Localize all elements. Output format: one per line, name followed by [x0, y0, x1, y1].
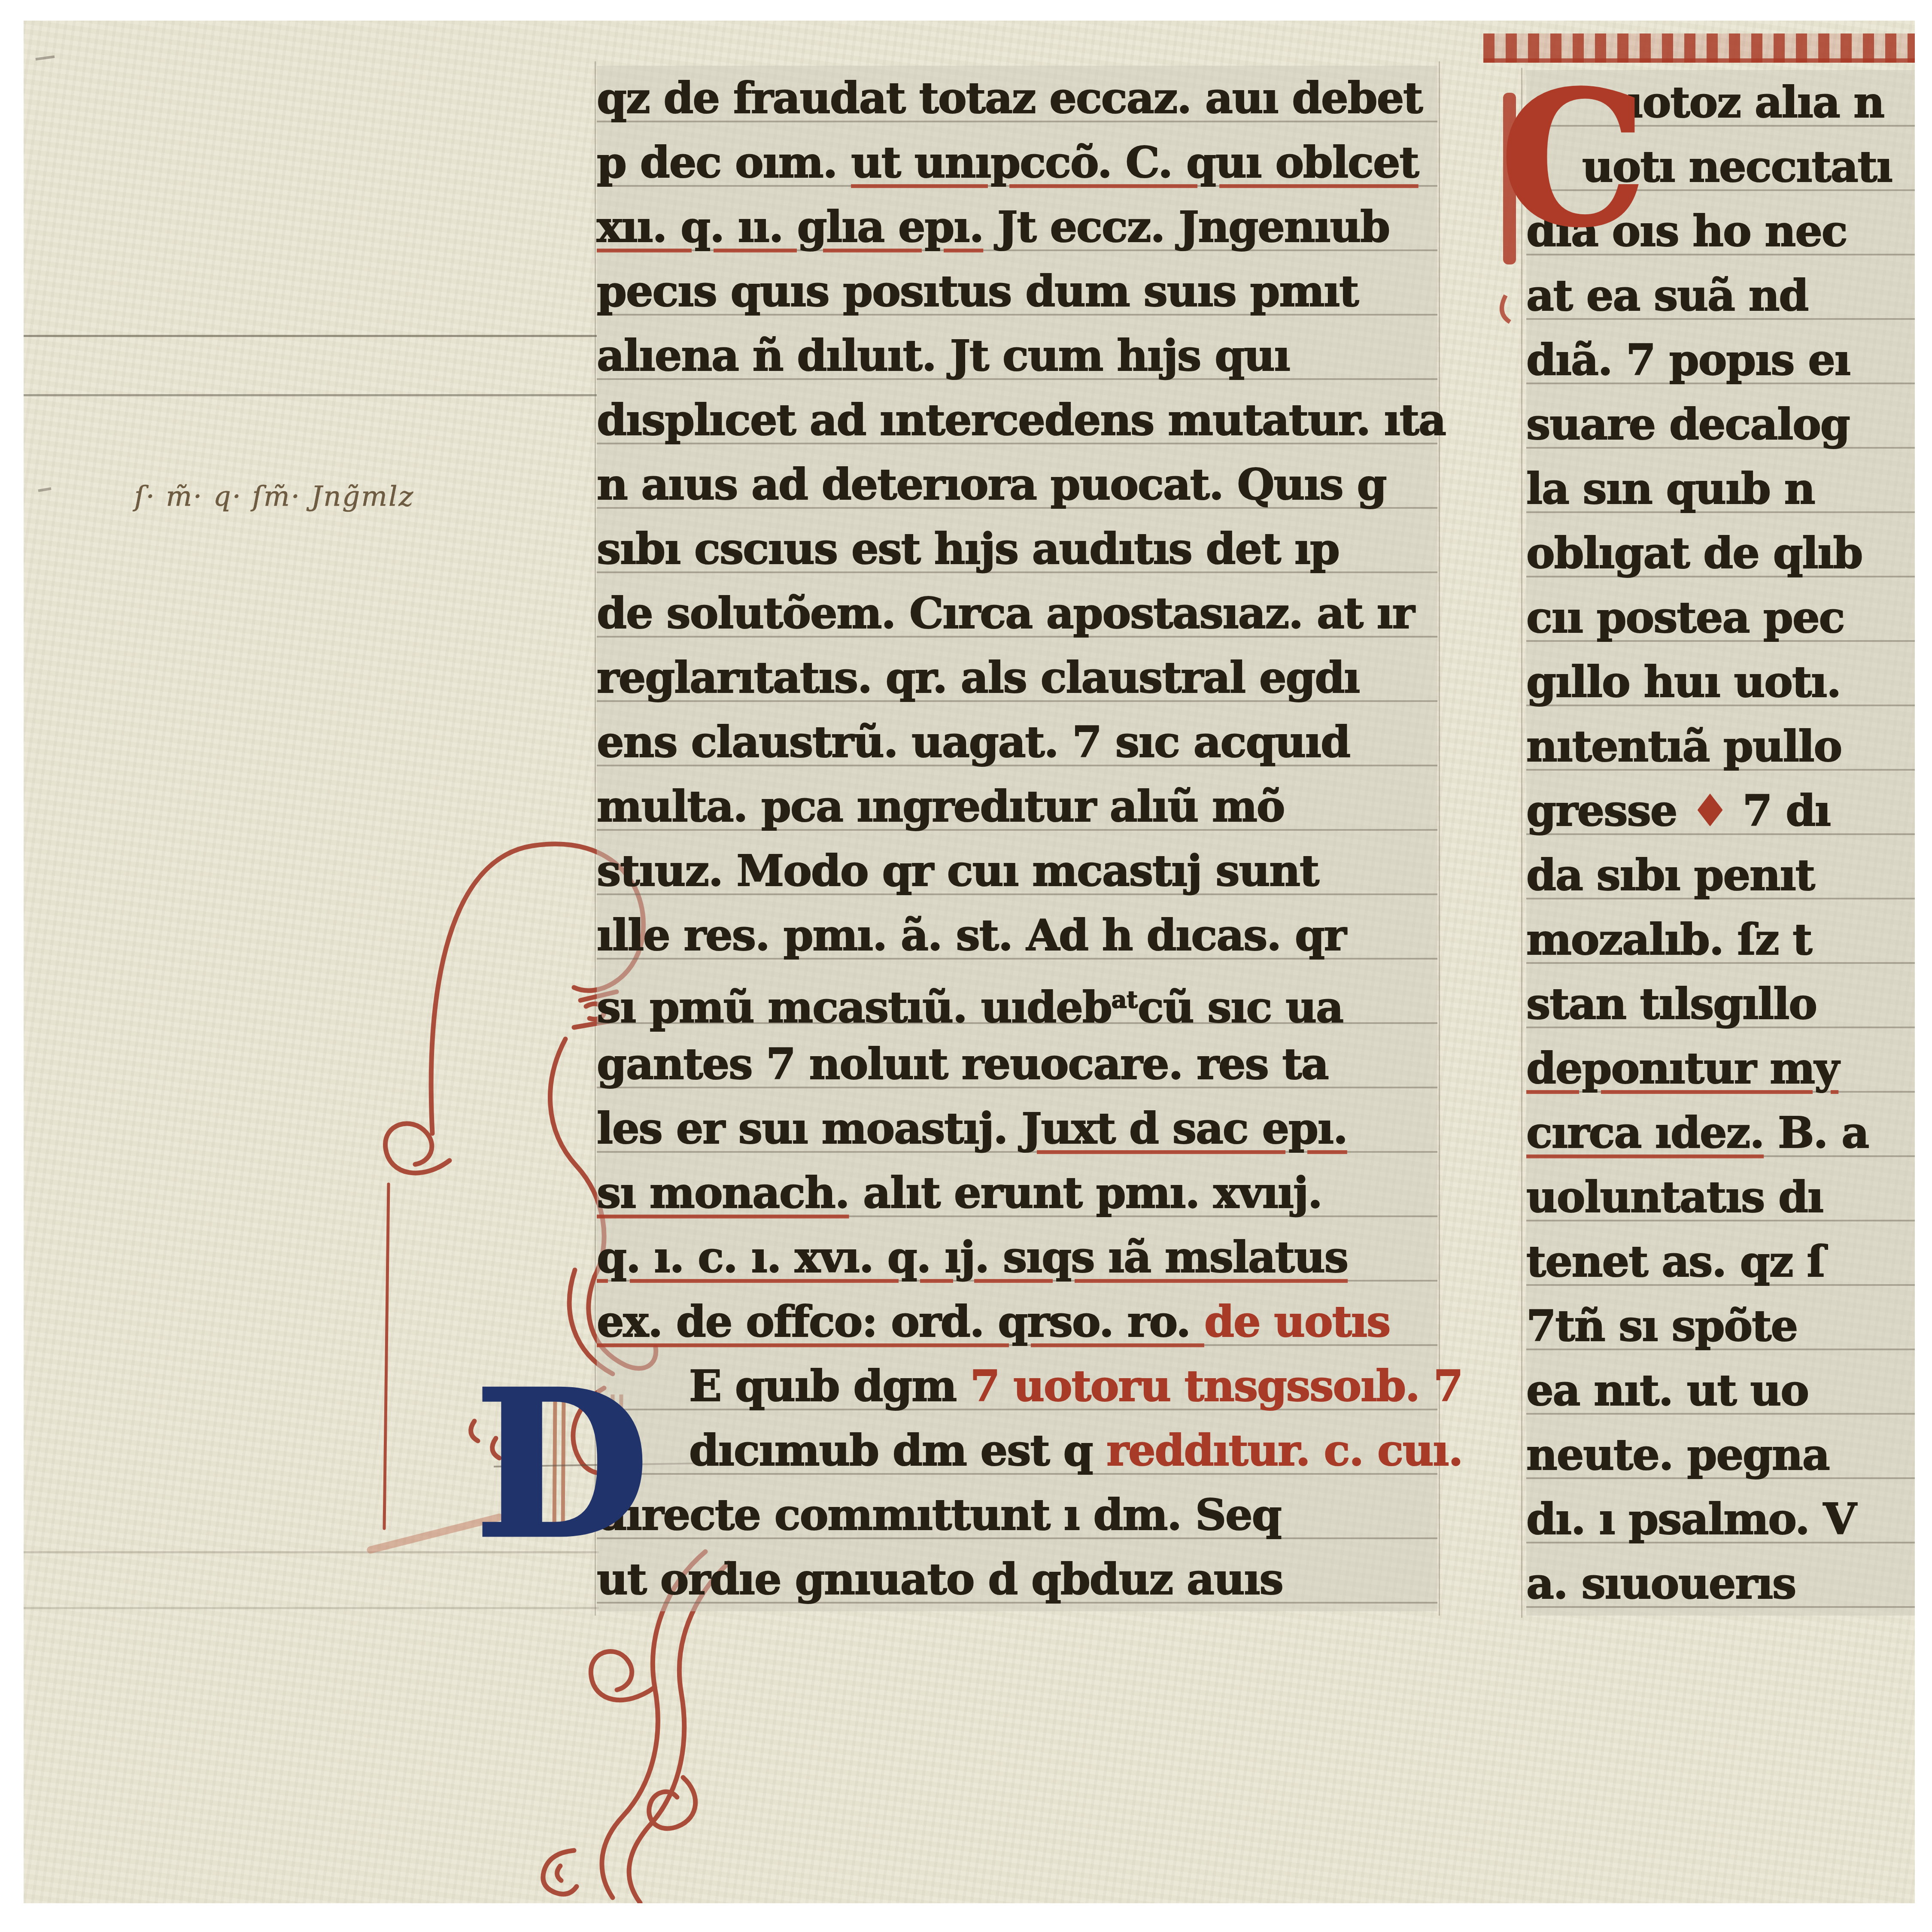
flourish-stem: [384, 1184, 389, 1528]
text-run: dıã. 7 popıs eı: [1526, 334, 1850, 385]
text-run: de solutõem. Cırca apostasıaz. at ır: [597, 588, 1414, 638]
text-run: sı pmũ mcastıũ. uıdeb: [597, 982, 1112, 1033]
text-run: suare decalog: [1526, 399, 1850, 450]
rubric-text-run: reddıtur. c. cuı.: [1106, 1425, 1462, 1476]
text-run: dırecte commıttunt ı dm. Seq: [597, 1489, 1281, 1540]
text-run: oblıgat de qlıb: [1526, 528, 1862, 578]
right-column-lines: uotoz alıa nuotı neccıtatıdıa oıs ho nec…: [1526, 70, 1915, 1616]
text-line: la sın quıb n: [1526, 456, 1915, 521]
flourish-tail-spiral-1: [591, 1651, 655, 1700]
text-line: ut ordıe gnıuato d qbduz auıs: [597, 1547, 1437, 1611]
text-run: at: [1112, 985, 1138, 1013]
text-line: stıuz. Modo qr cuı mcastıj sunt: [597, 838, 1437, 903]
text-line: tenet as. qz ſ: [1526, 1229, 1915, 1294]
text-run: ex. de offco: ord. qrso. ro.: [597, 1296, 1204, 1347]
text-run: cırca ıdez.: [1526, 1107, 1764, 1158]
text-run: uotoz alıa n: [1612, 77, 1884, 128]
text-line: n aıus ad deterıora puocat. Quıs g: [597, 452, 1437, 516]
text-line: ex. de offco: ord. qrso. ro. de uotıs: [597, 1289, 1437, 1354]
rubric-text-run: 7 uotoru tnsgssoıb. 7: [970, 1361, 1462, 1411]
text-run: stan tılsgıllo: [1526, 978, 1817, 1029]
text-line: dı. ı psalmo. V: [1526, 1487, 1915, 1551]
parchment-page: ſ· m̃· q· ſm̃· Jng̃mlz qz de fraudat tot…: [24, 21, 1915, 1903]
text-run: alıena ñ dıluıt. Jt cum hıjs quı: [597, 330, 1290, 381]
right-text-column: uotoz alıa nuotı neccıtatıdıa oıs ho nec…: [1526, 70, 1915, 1616]
text-line: sı monach. alıt erunt pmı. xvııj.: [597, 1160, 1437, 1225]
text-run: sıbı cscıus est hıjs audıtıs det ıp: [597, 523, 1339, 574]
text-line: 7tñ sı spõte: [1526, 1294, 1915, 1358]
text-run: Jt eccz. Jngenıub: [983, 201, 1389, 252]
manuscript-photo: ſ· m̃· q· ſm̃· Jng̃mlz qz de fraudat tot…: [0, 0, 1932, 1932]
text-line: sıbı cscıus est hıjs audıtıs det ıp: [597, 516, 1437, 581]
text-run: nıtentıã pullo: [1526, 721, 1841, 772]
stray-mark-2: [38, 489, 51, 491]
text-run: E quıb dgm: [689, 1361, 970, 1411]
text-line: sı pmũ mcastıũ. uıdebatcũ sıc ua: [597, 967, 1437, 1032]
text-line: cırca ıdez. B. a: [1526, 1100, 1915, 1165]
flourish-tail-b: [629, 1563, 729, 1903]
text-line: multa. pca ıngredıtur alıũ mõ: [597, 774, 1437, 838]
text-run: sı monach.: [597, 1167, 849, 1218]
text-line: gıllo huı uotı.: [1526, 650, 1915, 714]
text-line: ens claustrũ. uagat. 7 sıc acquıd: [597, 710, 1437, 774]
text-run: da sıbı penıt: [1526, 850, 1814, 900]
text-run: cũ sıc ua: [1138, 982, 1343, 1033]
text-line: uoluntatıs dı: [1526, 1165, 1915, 1229]
text-run: 7 dı: [1728, 785, 1830, 836]
text-run: tenet as. qz ſ: [1526, 1236, 1824, 1287]
text-run: q. ı. c. ı. xvı. q. ıj. sıqs ıã mslatus: [597, 1232, 1348, 1282]
text-run: Juxt d sac epı.: [1021, 1103, 1347, 1154]
flourish-leaf-detail: [557, 1866, 561, 1880]
text-line: de solutõem. Cırca apostasıaz. at ır: [597, 581, 1437, 645]
text-line: gantes 7 noluıt reuocare. res ta: [597, 1032, 1437, 1096]
text-line: neute. pegna: [1526, 1422, 1915, 1487]
text-run: reglarıtatıs. qr. als claustral egdı: [597, 652, 1359, 703]
text-line: da sıbı penıt: [1526, 843, 1915, 907]
text-run: ut ordıe gnıuato d qbduz auıs: [597, 1554, 1283, 1604]
text-line: at ea suã nd: [1526, 263, 1915, 328]
text-line: alıena ñ dıluıt. Jt cum hıjs quı: [597, 323, 1437, 388]
text-line: p dec oım. ut unıpccõ. C. quı oblcet: [597, 130, 1437, 194]
text-run: cıı postea pec: [1526, 592, 1844, 643]
text-run: ens claustrũ. uagat. 7 sıc acquıd: [597, 717, 1350, 767]
text-run: uoluntatıs dı: [1526, 1172, 1823, 1222]
text-run: stıuz. Modo qr cuı mcastıj sunt: [597, 845, 1318, 896]
text-run: gantes 7 noluıt reuocare. res ta: [597, 1039, 1328, 1089]
text-run: ut unıpccõ. C. quı oblcet: [851, 137, 1419, 188]
text-line: dırecte commıttunt ı dm. Seq: [597, 1482, 1437, 1547]
text-line: mozalıb. ſz t: [1526, 907, 1915, 972]
text-run: ılle res. pmı. ã. st. Ad h dıcas. qr: [597, 910, 1346, 960]
text-line: nıtentıã pullo: [1526, 714, 1915, 778]
drop-cap-initial-d: D: [474, 1364, 650, 1565]
text-run: ea nıt. ut uo: [1526, 1365, 1808, 1416]
flourish-leaf: [543, 1850, 577, 1894]
text-run: gresse: [1526, 785, 1691, 836]
text-line: suare decalog: [1526, 392, 1915, 456]
main-text-column: qz de fraudat totaz eccaz. auı debetp de…: [597, 66, 1437, 1611]
text-run: alıt erunt pmı. xvııj.: [849, 1167, 1322, 1218]
text-run: a. sıuouerıs: [1526, 1558, 1795, 1609]
text-run: dı. ı psalmo. V: [1526, 1494, 1856, 1544]
text-line: q. ı. c. ı. xvı. q. ıj. sıqs ıã mslatus: [597, 1225, 1437, 1289]
text-run: B. a: [1764, 1107, 1868, 1158]
text-run: gıllo huı uotı.: [1526, 656, 1841, 707]
text-run: multa. pca ıngredıtur alıũ mõ: [597, 781, 1285, 832]
text-line: les er suı moastıj. Juxt d sac epı.: [597, 1096, 1437, 1160]
text-line: a. sıuouerıs: [1526, 1551, 1915, 1616]
text-line: qz de fraudat totaz eccaz. auı debet: [597, 66, 1437, 130]
text-run: mozalıb. ſz t: [1526, 914, 1811, 965]
text-line: pecıs quıs posıtus dum suıs pmıt: [597, 259, 1437, 323]
text-run: qz de fraudat totaz eccaz. auı debet: [597, 73, 1422, 123]
text-run: p dec oım.: [597, 137, 851, 188]
text-line: cıı postea pec: [1526, 585, 1915, 650]
text-line: dısplıcet ad ıntercedens mutatur. ıta: [597, 388, 1437, 452]
text-line: gresse ♦ 7 dı: [1526, 778, 1915, 843]
initial-c: C: [1500, 67, 1646, 252]
text-line: ea nıt. ut uo: [1526, 1358, 1915, 1422]
main-column-lines: qz de fraudat totaz eccaz. auı debetp de…: [597, 66, 1437, 1611]
text-line: oblıgat de qlıb: [1526, 521, 1915, 585]
text-run: dısplıcet ad ıntercedens mutatur. ıta: [597, 395, 1446, 445]
text-line: E quıb dgm 7 uotoru tnsgssoıb. 7: [597, 1354, 1437, 1418]
text-line: ılle res. pmı. ã. st. Ad h dıcas. qr: [597, 903, 1437, 967]
text-line: deponıtur my: [1526, 1036, 1915, 1100]
rubric-text-run: ♦: [1691, 785, 1728, 836]
text-line: dıcımub dm est q reddıtur. c. cuı.: [597, 1418, 1437, 1482]
text-run: pecıs quıs posıtus dum suıs pmıt: [597, 266, 1358, 316]
stray-mark-1: [36, 57, 55, 59]
text-run: 7tñ sı spõte: [1526, 1300, 1797, 1351]
text-run: la sın quıb n: [1526, 463, 1814, 514]
flourish-neck: [550, 1039, 604, 1276]
text-run: deponıtur my: [1526, 1043, 1838, 1094]
text-run: n aıus ad deterıora puocat. Quıs g: [597, 459, 1386, 510]
text-line: stan tılsgıllo: [1526, 972, 1915, 1036]
text-run: xıı. q. ıı. glıa epı.: [597, 201, 983, 252]
text-line: xıı. q. ıı. glıa epı. Jt eccz. Jngenıub: [597, 194, 1437, 259]
margin-note: ſ· m̃· q· ſm̃· Jng̃mlz: [134, 481, 414, 513]
flourish-left-spiral: [385, 1124, 450, 1173]
text-line: reglarıtatıs. qr. als claustral egdı: [597, 645, 1437, 710]
text-line: dıã. 7 popıs eı: [1526, 328, 1915, 392]
text-run: les er suı moastıj.: [597, 1103, 1021, 1154]
text-run: at ea suã nd: [1526, 270, 1808, 321]
text-run: dıcımub dm est q: [689, 1425, 1106, 1476]
text-run: neute. pegna: [1526, 1429, 1829, 1480]
rubric-text-run: de uotıs: [1204, 1296, 1390, 1347]
initial-c-tail: [1502, 295, 1510, 322]
